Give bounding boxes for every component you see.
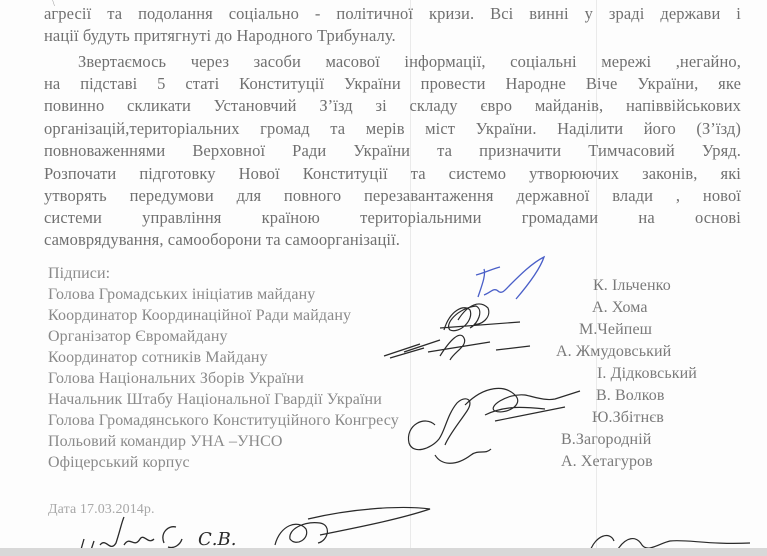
paragraph-line: системи управління країною територіальни…	[44, 208, 741, 228]
paragraph-line: Розпочати підготовку Нової Конституції т…	[44, 164, 741, 184]
paragraph-line: повноваженнями Верховної Ради України та…	[44, 141, 741, 161]
handwritten-signature-icon: С.В.	[70, 515, 750, 548]
position-title: Офіцерський корпус	[48, 453, 190, 473]
signatory-name: Ю.Збітнєв	[592, 408, 664, 428]
signatory-name: А. Жмудовський	[556, 342, 671, 362]
position-title: Координатор Координаційної Ради майдану	[48, 306, 351, 326]
paragraph-line: нації будуть притягнуті до Народного Три…	[44, 26, 396, 46]
position-title: Голова Громадянського Конституційного Ко…	[48, 411, 399, 431]
paragraph-line: повинно скликати Установчий З’їзд зі скл…	[44, 96, 741, 116]
signatory-name: А. Хома	[592, 298, 648, 318]
scanned-document-page: \ агресії та подолання соціально - політ…	[0, 0, 767, 548]
position-title: Координатор сотників Майдану	[48, 348, 268, 368]
paragraph-line: на підставі 5 статі Конституції України …	[44, 74, 741, 94]
position-title: Організатор Євромайдану	[48, 327, 228, 347]
position-title: Голова Національних Зборів України	[48, 369, 304, 389]
signatures-heading: Підписи:	[48, 264, 110, 284]
position-title: Голова Громадських ініціатив майдану	[48, 285, 315, 305]
bottom-scrollbar-strip	[0, 548, 767, 556]
paragraph-line: організацій,територіальних громад та мер…	[44, 119, 741, 139]
paragraph-line: утворять передумови для повного перезава…	[44, 186, 741, 206]
signatory-name: І. Дідковський	[597, 364, 697, 384]
signatory-name: М.Чейпеш	[579, 320, 652, 340]
position-title: Польовий командир УНА –УНСО	[48, 432, 283, 452]
position-title: Начальник Штабу Національної Гвардії Укр…	[48, 390, 382, 410]
signatory-name: В. Волков	[596, 386, 665, 406]
svg-text:С.В.: С.В.	[198, 529, 236, 548]
paragraph-line: самоврядування, самооборони та самоорган…	[44, 230, 400, 250]
signature-icon	[395, 385, 580, 480]
signatory-name: К. Ільченко	[593, 276, 671, 296]
signature-icon	[380, 300, 530, 370]
paragraph-line: Звертаємось через засоби масової інформа…	[78, 52, 741, 72]
paragraph-line: агресії та подолання соціально - політич…	[44, 4, 741, 24]
